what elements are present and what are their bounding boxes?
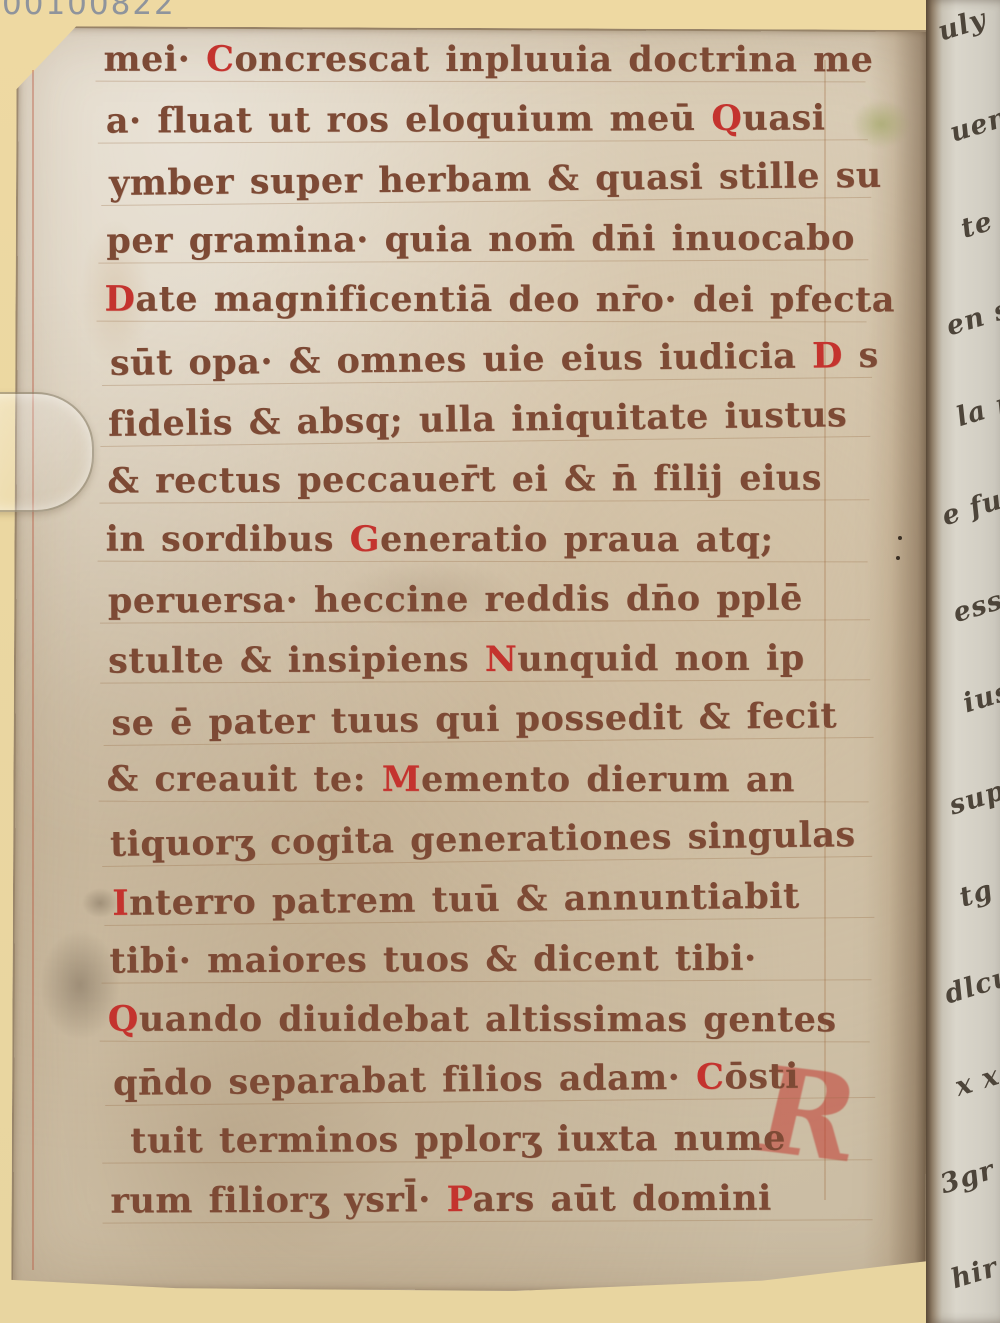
manuscript-line: ymber super herbam & quasi stille su — [109, 146, 858, 214]
text-segment: stulte & insipiens — [108, 639, 485, 682]
text-segment: ymber super herbam & quasi stille su — [109, 155, 882, 204]
text-segment: ōsti — [724, 1056, 799, 1098]
manuscript-line: Interro patrem tuū & annuntiabit — [112, 866, 861, 934]
text-segment: in sordibus — [106, 519, 350, 560]
rubric-initial: G — [350, 519, 380, 560]
manuscript-line: tuit terminos pplorʒ iuxta nume — [110, 1108, 858, 1171]
text-segment: peruersa· heccine reddis dn̄o pplē — [108, 578, 803, 622]
manuscript-line: tibi· maiores tuos & dicent tibi· — [109, 928, 857, 991]
manuscript-line: peruersa· heccine reddis dn̄o pplē — [108, 568, 856, 631]
text-segment: se ē pater tuus qui possedit & fecit — [111, 695, 837, 744]
rubric-initial: C — [696, 1056, 725, 1097]
manuscript-line: qn̄do separabat filios adam· Cōsti — [113, 1046, 862, 1114]
text-segment: & rectus peccauer̄t ei & n̄ filij eius — [107, 458, 822, 502]
text-segment: ate magnificentiā deo nr̄o· dei pfecta — [135, 279, 895, 321]
manuscript-line: tiquorʒ cogita generationes singulas — [110, 805, 859, 875]
manuscript-line: se ē pater tuus qui possedit & fecit — [111, 686, 860, 754]
text-segment: nterro patrem tuū & annuntiabit — [129, 876, 800, 924]
cursive-fragment: en sol — [943, 285, 1000, 343]
cursive-fragment: te fol — [957, 190, 1000, 244]
manuscript-line: mei· Concrescat inpluuia doctrina me — [103, 30, 851, 91]
manuscript-line: a· fluat ut ros eloquium meū Quasi — [106, 88, 854, 151]
manuscript-line: Date magnificentiā deo nr̄o· dei pfecta — [105, 270, 853, 331]
text-segment: uasi — [742, 97, 825, 138]
cursive-fragment: tg 3 — [956, 865, 1000, 913]
cursive-fragment: super — [945, 766, 1000, 822]
rubric-initial: D — [812, 335, 843, 376]
text-segment: unquid non ip — [517, 638, 805, 680]
cursive-fragment: 3gr — [937, 1155, 999, 1201]
text-segment: qn̄do separabat filios adam· — [113, 1057, 696, 1104]
text-segment: sūt opa· & omnes uie eius iudicia — [110, 336, 813, 384]
text-segment: ars aūt domini — [472, 1178, 772, 1220]
cursive-fragment: e fuo — [938, 479, 1000, 532]
text-segment: tuit terminos pplorʒ iuxta nume — [130, 1118, 786, 1162]
ink-dot — [896, 556, 900, 560]
cursive-fragment: essus — [949, 574, 1000, 629]
manuscript-photo: 00100822 R mei· Concrescat inpluuia doct… — [0, 0, 1000, 1323]
text-segment: tiquorʒ cogita generationes singulas — [110, 814, 856, 865]
rubric-initial: Q — [711, 98, 742, 139]
rubric-initial: N — [485, 639, 518, 680]
manuscript-line: Quando diuidebat altissimas gentes — [108, 990, 856, 1051]
text-segment: mei· — [103, 39, 206, 80]
rubric-initial: P — [446, 1179, 472, 1220]
cursive-fragment: uenit — [946, 94, 1000, 148]
manuscript-line: rum filiorʒ ysrl̄· Pars aūt domini — [110, 1168, 858, 1231]
rubric-initial: C — [206, 39, 234, 80]
text-segment: eneratio praua atq; — [380, 519, 774, 560]
rubric-initial: I — [112, 883, 129, 924]
text-segment: s — [843, 335, 879, 376]
manuscript-line: per gramina· quia nom̄ dn̄i inuocabo — [106, 208, 854, 271]
manuscript-line: stulte & insipiens Nunquid non ip — [108, 628, 856, 691]
red-margin-rule — [32, 70, 34, 1270]
adjacent-page-edge: ulyuenitte folen solla pe fuoessusiussup… — [926, 0, 1000, 1323]
rubric-initial: M — [382, 759, 421, 800]
cursive-fragment: dlcu — [941, 961, 1000, 1011]
rubric-initial: Q — [108, 999, 139, 1040]
manuscript-line: & creauit te: Memento dierum an — [107, 750, 855, 811]
text-segment: per gramina· quia nom̄ dn̄i inuocabo — [106, 217, 855, 261]
text-segment: fidelis & absq; ulla iniquitate iustus — [108, 394, 848, 445]
catalog-number: 00100822 — [2, 0, 176, 22]
cursive-fragment: hir — [947, 1252, 1000, 1295]
text-segment: a· fluat ut ros eloquium meū — [106, 98, 712, 142]
manuscript-line: & rectus peccauer̄t ei & n̄ filij eius — [107, 448, 855, 511]
text-segment: tibi· maiores tuos & dicent tibi· — [109, 938, 756, 982]
cursive-fragment: uly — [935, 4, 991, 48]
text-segment: emento dierum an — [421, 759, 795, 800]
manuscript-line: in sordibus Generatio praua atq; — [106, 510, 854, 571]
text-segment: uando diuidebat altissimas gentes — [139, 999, 837, 1041]
ink-dot — [898, 536, 902, 540]
cursive-fragment: ius — [960, 676, 1000, 720]
rubric-initial: D — [105, 279, 136, 320]
manuscript-line: fidelis & absq; ulla iniquitate iustus — [108, 385, 857, 455]
cursive-fragment: x x — [951, 1060, 1000, 1103]
text-segment: oncrescat inpluuia doctrina me — [234, 39, 873, 81]
cursive-fragment: la p — [953, 386, 1000, 433]
text-segment: rum filiorʒ ysrl̄· — [110, 1179, 446, 1221]
text-segment: & creauit te: — [107, 759, 382, 800]
manuscript-line: sūt opa· & omnes uie eius iudicia D s — [110, 326, 859, 394]
text-block: mei· Concrescat inpluuia doctrina mea· f… — [105, 28, 858, 1231]
